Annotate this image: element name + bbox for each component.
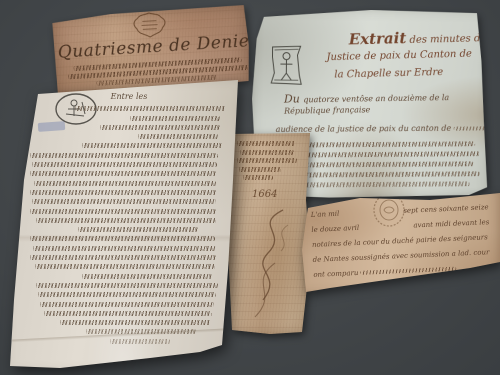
strip-year: 1664 xyxy=(252,189,277,200)
handwriting-line xyxy=(30,209,216,214)
handwriting-line xyxy=(82,143,222,148)
extrait-heading-line1: Extrait des minutes de la xyxy=(349,27,499,49)
handwriting-line xyxy=(36,218,216,223)
handwriting-line xyxy=(44,311,212,316)
handwriting-line xyxy=(237,158,297,163)
woodcut-figure-stamp-icon xyxy=(268,43,304,87)
handwriting-line xyxy=(361,267,457,275)
handwriting-line xyxy=(130,116,220,121)
handwriting-line xyxy=(75,106,225,111)
handwriting-line xyxy=(40,302,214,307)
handwriting-line xyxy=(30,255,216,260)
handwriting-line xyxy=(60,320,210,325)
handwriting-line xyxy=(32,199,216,204)
photo-of-manuscripts: Quatriesme de Deniers Extrait des minute… xyxy=(0,0,500,375)
deed-opening-words: Entre les xyxy=(111,92,148,101)
handwriting-line xyxy=(34,181,216,186)
handwriting-line xyxy=(33,246,216,251)
handwriting-line xyxy=(243,175,273,180)
handwriting-line xyxy=(82,274,212,279)
handwriting-line xyxy=(35,264,215,269)
handwriting-line xyxy=(78,227,198,232)
cartouche-stamp-icon xyxy=(129,11,170,39)
handwriting-line xyxy=(36,283,218,288)
handwriting-line xyxy=(100,125,220,130)
document-notarial-deed: Entre les xyxy=(2,76,246,375)
handwriting-line xyxy=(110,339,170,344)
extrait-heading-line2: Justice de paix du Canton de xyxy=(326,49,472,64)
document-nantes-act: L'an milsept cens soixante seize le douz… xyxy=(296,186,500,296)
handwriting-line xyxy=(30,190,217,195)
handwriting-line xyxy=(240,150,294,155)
extrait-body-line1: Du quatorze ventôse an douzième de la Ré… xyxy=(284,91,476,117)
handwriting-line xyxy=(32,162,217,167)
handwriting-line xyxy=(30,236,215,241)
handwriting-line xyxy=(30,171,216,176)
extrait-heading-line3: la Chapelle sur Erdre xyxy=(334,67,443,81)
handwriting-line xyxy=(138,134,218,139)
handwriting-line xyxy=(30,153,218,158)
handwriting-line xyxy=(454,126,488,130)
handwriting-line xyxy=(38,292,216,297)
